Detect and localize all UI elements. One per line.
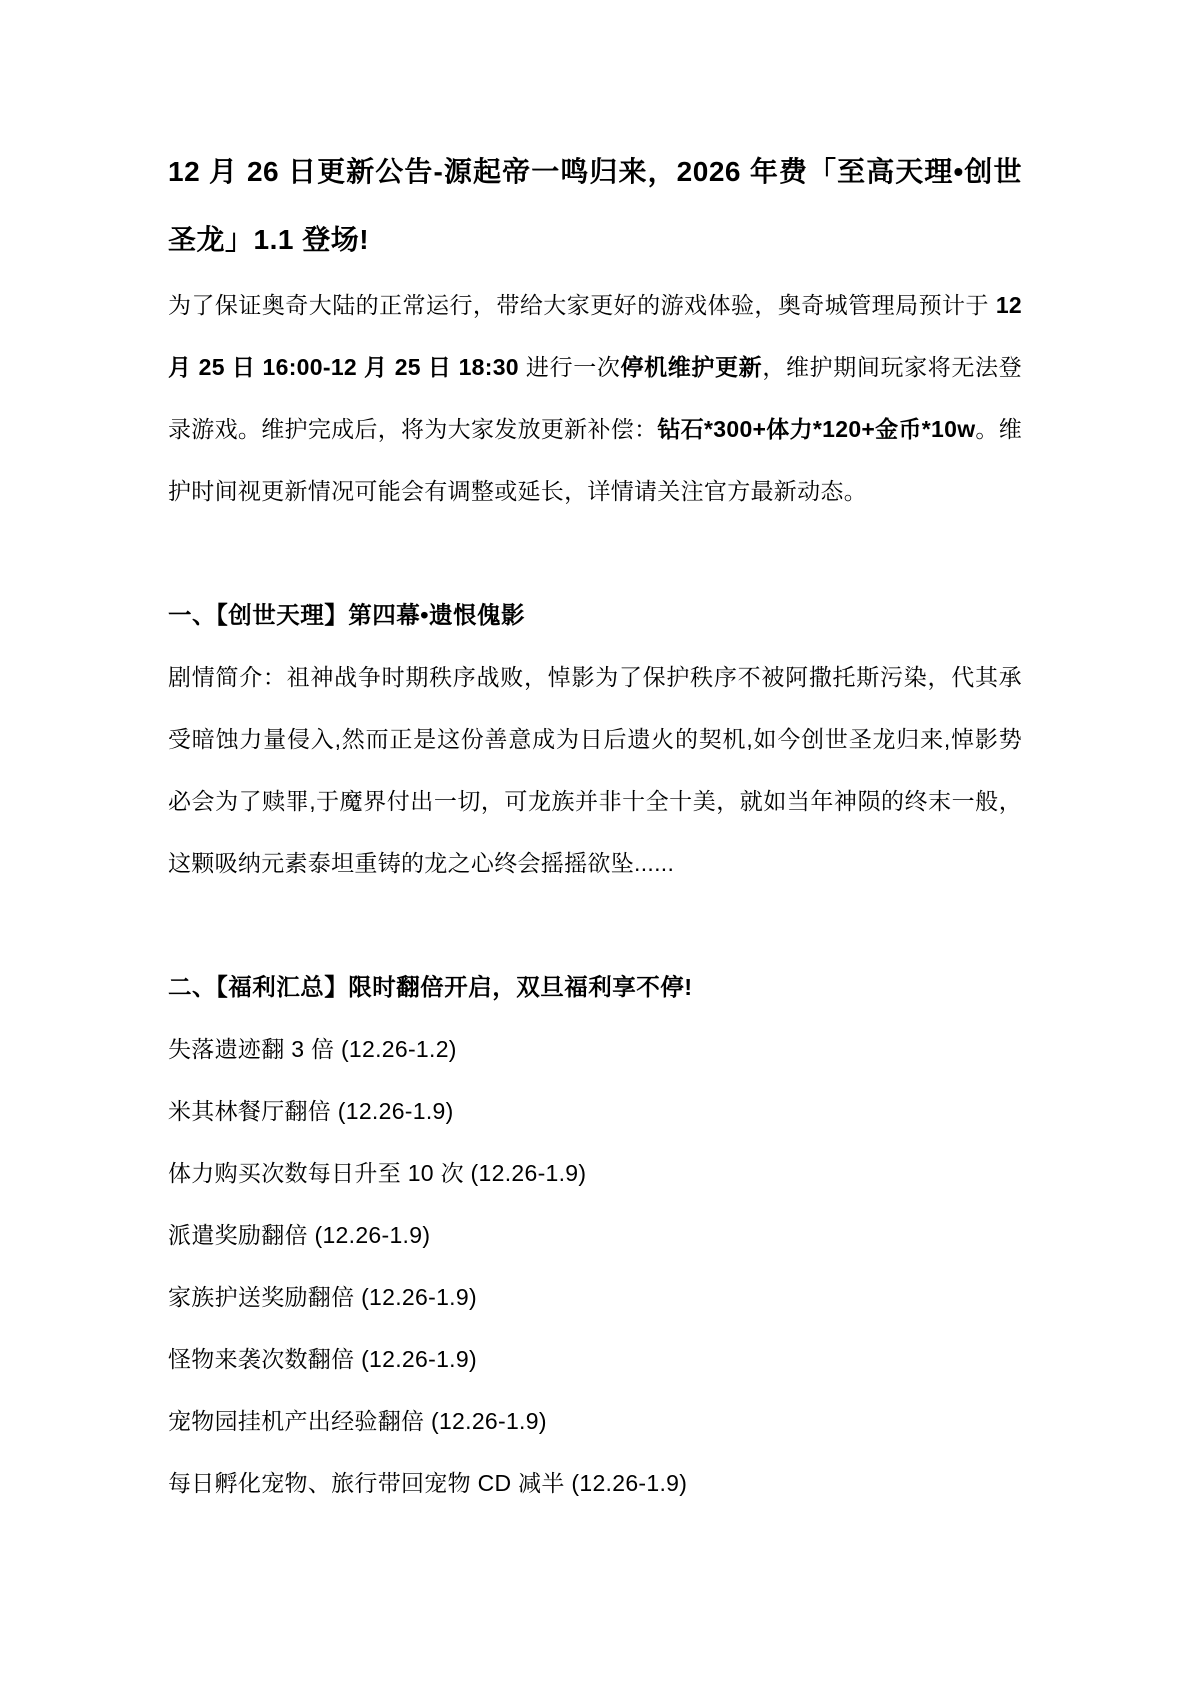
section-1-heading: 一、【创世天理】第四幕•遗恨傀影 (168, 584, 1022, 646)
document-page: 12 月 26 日更新公告-源起帝一鸣归来，2026 年费「至高天理•创世圣龙」… (0, 0, 1190, 1683)
intro-paragraph: 为了保证奥奇大陆的正常运行，带给大家更好的游戏体验，奥奇城管理局预计于 12 月… (168, 274, 1022, 522)
benefit-item-family-escort: 家族护送奖励翻倍 (12.26-1.9) (168, 1266, 1022, 1328)
benefit-item-monster-attack: 怪物来袭次数翻倍 (12.26-1.9) (168, 1328, 1022, 1390)
section-1-story-paragraph: 剧情简介：祖神战争时期秩序战败，悼影为了保护秩序不被阿撒托斯污染，代其承受暗蚀力… (168, 646, 1022, 894)
intro-run-3: 进行一次 (519, 354, 621, 380)
section-2-heading: 二、【福利汇总】限时翻倍开启，双旦福利享不停! (168, 956, 1022, 1018)
benefit-item-michelin-restaurant: 米其林餐厅翻倍 (12.26-1.9) (168, 1080, 1022, 1142)
benefit-item-lost-ruins: 失落遗迹翻 3 倍 (12.26-1.2) (168, 1018, 1022, 1080)
benefit-item-pet-park-exp: 宠物园挂机产出经验翻倍 (12.26-1.9) (168, 1390, 1022, 1452)
benefit-item-dispatch-reward: 派遣奖励翻倍 (12.26-1.9) (168, 1204, 1022, 1266)
benefit-item-stamina-purchase: 体力购买次数每日升至 10 次 (12.26-1.9) (168, 1142, 1022, 1204)
intro-run-maintenance-type: 停机维护更新 (620, 354, 762, 380)
intro-run-1: 为了保证奥奇大陆的正常运行，带给大家更好的游戏体验，奥奇城管理局预计于 (168, 292, 996, 318)
document-title: 12 月 26 日更新公告-源起帝一鸣归来，2026 年费「至高天理•创世圣龙」… (168, 138, 1022, 274)
benefit-item-pet-hatch-cd: 每日孵化宠物、旅行带回宠物 CD 减半 (12.26-1.9) (168, 1452, 1022, 1514)
intro-run-compensation: 钻石*300+体力*120+金币*10w (657, 416, 975, 442)
